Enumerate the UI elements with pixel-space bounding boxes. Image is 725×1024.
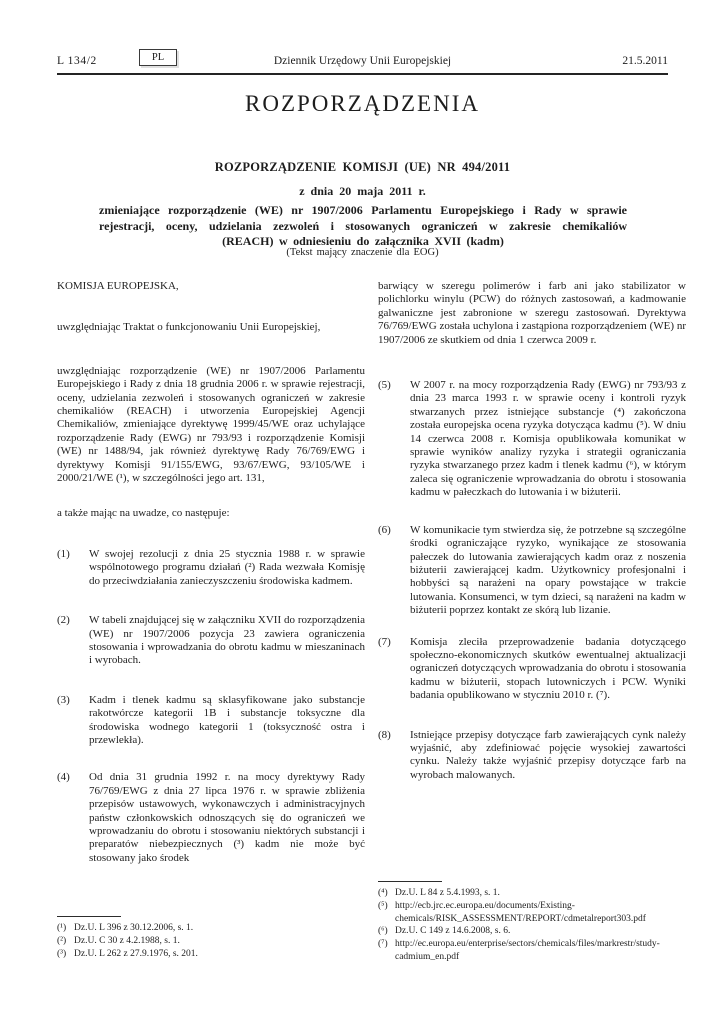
recital-5: (5) W 2007 r. na mocy rozporządzenia Rad… [378, 379, 686, 500]
recital-8: (8) Istniejące przepisy dotyczące farb z… [378, 729, 686, 783]
footnote-2: (²) Dz.U. C 30 z 4.2.1988, s. 1. [57, 935, 365, 948]
footnote-marker: (²) [57, 935, 66, 948]
recital-number: (2) [57, 614, 89, 668]
recital-text: W swojej rezolucji z dnia 25 stycznia 19… [89, 548, 365, 588]
footnote-marker: (⁷) [378, 938, 388, 951]
right-column: barwiący w szeregu polimerów i farb ani … [378, 280, 686, 865]
regulation-date-line: z dnia 20 maja 2011 r. [0, 184, 725, 199]
recital-text: Komisja zleciła przeprowadzenie badania … [410, 636, 686, 703]
footnote-text: Dz.U. C 30 z 4.2.1988, s. 1. [74, 936, 180, 946]
recital-1: (1) W swojej rezolucji z dnia 25 styczni… [57, 548, 365, 588]
eea-relevance-note: (Tekst mający znaczenie dla EOG) [0, 247, 725, 258]
recital-number: (5) [378, 379, 410, 500]
recital-6: (6) W komunikacie tym stwierdza się, że … [378, 524, 686, 618]
footnote-7: (⁷) http://ec.europa.eu/enterprise/secto… [378, 938, 686, 964]
footnote-marker: (¹) [57, 922, 66, 935]
recital-text: Od dnia 31 grudnia 1992 r. na mocy dyrek… [89, 771, 365, 865]
footnote-text: Dz.U. L 84 z 5.4.1993, s. 1. [395, 888, 500, 898]
recital-text: Istniejące przepisy dotyczące farb zawie… [410, 729, 686, 783]
footnote-text: Dz.U. L 262 z 27.9.1976, s. 201. [74, 949, 198, 959]
left-column: KOMISJA EUROPEJSKA, uwzględniając Trakta… [57, 280, 365, 865]
recital-2: (2) W tabeli znajdującej się w załącznik… [57, 614, 365, 668]
issue-date: 21.5.2011 [622, 55, 668, 67]
footnotes-left: (¹) Dz.U. L 396 z 30.12.2006, s. 1. (²) … [57, 916, 365, 960]
treaty-citation: uwzględniając Traktat o funkcjonowaniu U… [57, 321, 365, 334]
journal-title: Dziennik Urzędowy Unii Europejskiej [57, 55, 668, 67]
footnote-marker: (³) [57, 948, 66, 961]
body-columns: KOMISJA EUROPEJSKA, uwzględniając Trakta… [57, 280, 686, 865]
recital-4: (4) Od dnia 31 grudnia 1992 r. na mocy d… [57, 771, 365, 865]
recital-text: W 2007 r. na mocy rozporządzenia Rady (E… [410, 379, 686, 500]
recital-7: (7) Komisja zleciła przeprowadzenie bada… [378, 636, 686, 703]
section-title: ROZPORZĄDZENIA [0, 91, 725, 117]
footnotes-right: (⁴) Dz.U. L 84 z 5.4.1993, s. 1. (⁵) htt… [378, 881, 686, 964]
recital-number: (4) [57, 771, 89, 865]
footnote-marker: (⁵) [378, 900, 388, 913]
recital-number: (3) [57, 694, 89, 748]
footnote-link: http://ec.europa.eu/enterprise/sectors/c… [395, 939, 660, 962]
footnote-3: (³) Dz.U. L 262 z 27.9.1976, s. 201. [57, 948, 365, 961]
regulation-title: ROZPORZĄDZENIE KOMISJI (UE) NR 494/2011 [0, 160, 725, 175]
recital-number: (7) [378, 636, 410, 703]
recital-text: W tabeli znajdującej się w załączniku XV… [89, 614, 365, 668]
commission-line: KOMISJA EUROPEJSKA, [57, 280, 365, 293]
recital-number: (6) [378, 524, 410, 618]
page-header: L 134/2 PL Dziennik Urzędowy Unii Europe… [57, 46, 668, 75]
recital-text: Kadm i tlenek kadmu są sklasyfikowane ja… [89, 694, 365, 748]
recital-text: W komunikacie tym stwierdza się, że potr… [410, 524, 686, 618]
reach-citation: uwzględniając rozporządzenie (WE) nr 190… [57, 365, 365, 486]
footnote-5: (⁵) http://ecb.jrc.ec.europa.eu/document… [378, 900, 686, 926]
footnote-marker: (⁶) [378, 925, 388, 938]
footnote-1: (¹) Dz.U. L 396 z 30.12.2006, s. 1. [57, 922, 365, 935]
footnote-marker: (⁴) [378, 887, 388, 900]
footnote-text: Dz.U. L 396 z 30.12.2006, s. 1. [74, 923, 193, 933]
footnote-text: Dz.U. C 149 z 14.6.2008, s. 6. [395, 926, 510, 936]
journal-page: L 134/2 PL Dziennik Urzędowy Unii Europe… [0, 0, 725, 1024]
recital-number: (8) [378, 729, 410, 783]
footnote-4: (⁴) Dz.U. L 84 z 5.4.1993, s. 1. [378, 887, 686, 900]
whereas-line: a także mając na uwadze, co następuje: [57, 507, 365, 520]
recital-4-continuation: barwiący w szeregu polimerów i farb ani … [378, 280, 686, 347]
footnote-rule [378, 881, 442, 882]
recital-3: (3) Kadm i tlenek kadmu są sklasyfikowan… [57, 694, 365, 748]
regulation-subject: zmieniające rozporządzenie (WE) nr 1907/… [99, 203, 627, 250]
footnote-6: (⁶) Dz.U. C 149 z 14.6.2008, s. 6. [378, 925, 686, 938]
recital-number: (1) [57, 548, 89, 588]
footnote-link: http://ecb.jrc.ec.europa.eu/documents/Ex… [395, 901, 646, 924]
footnote-rule [57, 916, 121, 917]
